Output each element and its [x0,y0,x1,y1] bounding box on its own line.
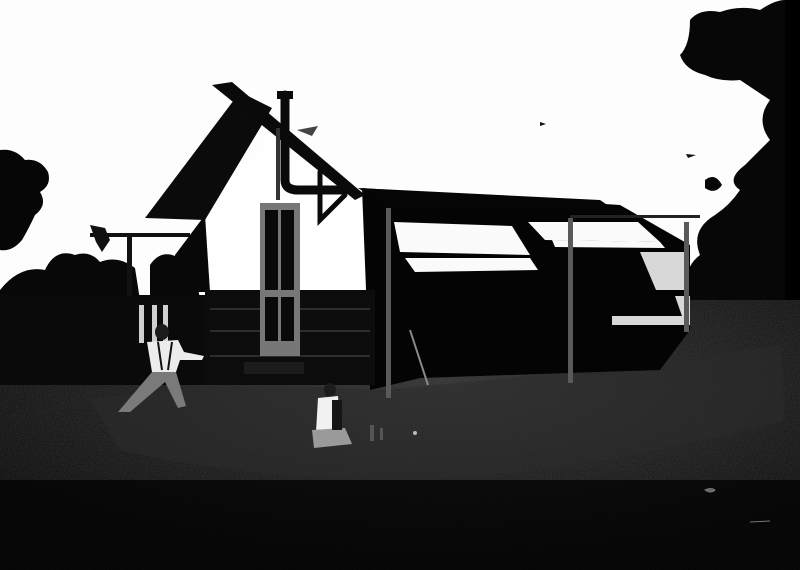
cabin-door [260,203,300,356]
door-step [244,362,304,374]
photograph [0,0,800,570]
fence-left [0,295,210,385]
lean-to-shed [362,188,690,390]
top-crossbar [570,215,700,218]
door-rod [276,128,280,200]
chimney-cap [277,91,293,99]
ground-shadow [0,480,800,570]
